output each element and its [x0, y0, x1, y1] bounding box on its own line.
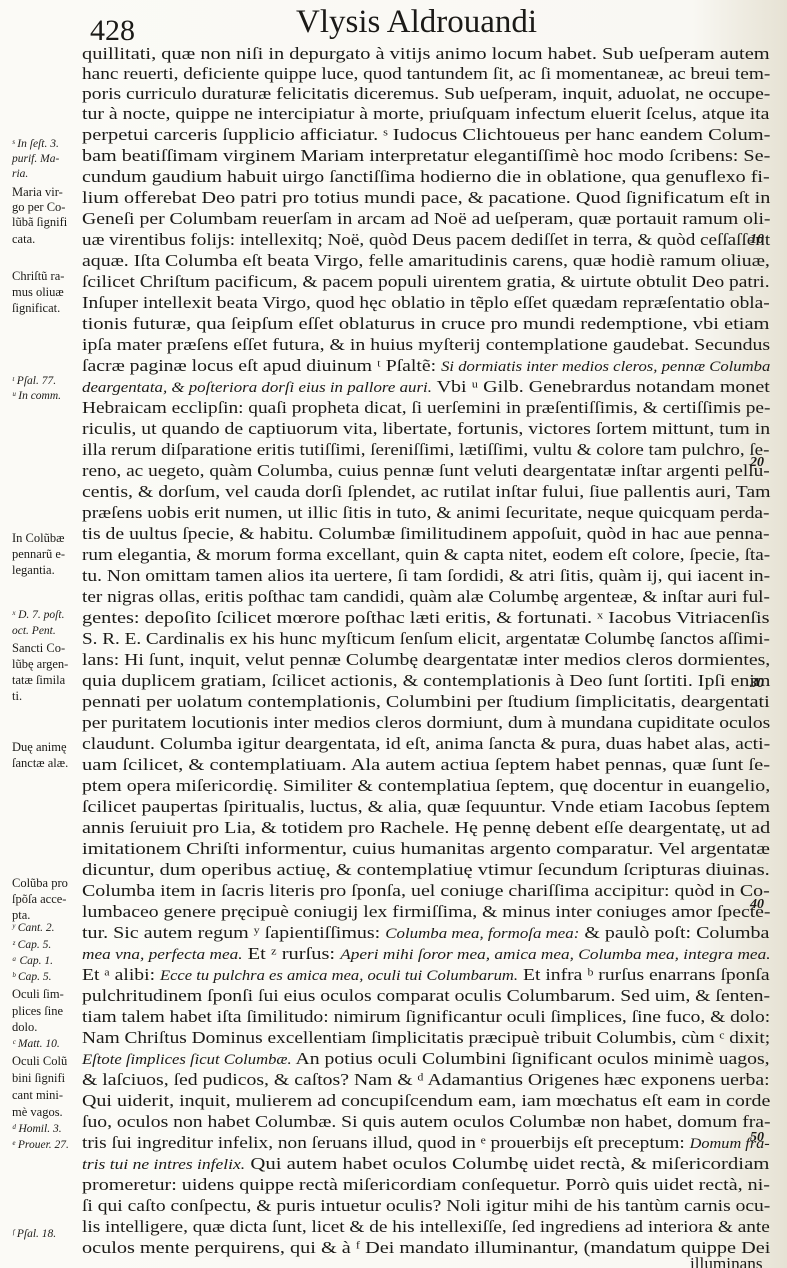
margin-note: pennarũ e-	[12, 547, 65, 562]
text-line: bam beatiſſimam virginem Mariam interpre…	[82, 146, 770, 166]
text-run: ipſa mater præſens eſſet futura, & in hu…	[82, 335, 770, 354]
text-run: centis, & dorſum, vel cauda dorſi ſplend…	[82, 482, 770, 501]
italic-quote: Eſtote ſimplices ſicut Columbæ.	[82, 1052, 292, 1068]
text-run: S. R. E. Cardinalis ex his hunc myſticum…	[82, 629, 770, 648]
text-run: reno, ac uegeto, quàm Columba, cuius pen…	[82, 461, 770, 480]
margin-note: ᵃ Cap. 1.	[12, 954, 53, 969]
text-run: uæ virentibus folijs: intellexitq; Noë, …	[82, 230, 770, 249]
text-line: tionis futuræ, qua ſeipſum eſſet oblatur…	[82, 314, 769, 334]
text-line: ſcilicet paupertas ſpiritualis, luctus, …	[82, 797, 770, 817]
italic-quote: Aperi mihi ſoror mea, amica mea, Columba…	[340, 947, 770, 963]
text-line: riculis, ut quando de captiuorum vita, l…	[82, 419, 770, 439]
text-run: lium offerebat Deo patri pro totius mund…	[82, 188, 770, 207]
italic-quote: deargentata, & poſteriora dorſi eius in …	[82, 380, 432, 396]
text-line: tis de uultus ſpecie, & habitu. Columbæ …	[82, 524, 770, 544]
text-line: tur. Sic autem regum ʸ ſapientiſſimus: C…	[82, 923, 769, 943]
margin-note: ᶜ Matt. 10.	[12, 1037, 60, 1052]
text-line: ptem opera miſericordię. Similiter & con…	[82, 776, 770, 796]
text-line: lium offerebat Deo patri pro totius mund…	[82, 188, 770, 208]
margin-note: go per Co-	[12, 200, 65, 215]
margin-note: bini ſignifi	[12, 1071, 65, 1086]
text-run: quillitati, quæ non niſi in depurgato à …	[82, 44, 770, 63]
text-run: cundum gaudium habuit uirgo ſanctiſſima …	[82, 167, 770, 186]
text-run: tionis futuræ, qua ſeipſum eſſet oblatur…	[82, 314, 769, 333]
text-run: claudunt. Columba igitur deargentata, id…	[82, 734, 770, 753]
text-run: Et infra ᵇ rurſus enarrans ſponſa	[518, 965, 770, 984]
text-run: Et ᵃ alibi:	[82, 965, 155, 984]
text-run: ter nigras ollas, eritis poſthac tam can…	[82, 587, 770, 606]
text-line: perpetui carceris ſupplicio afficiatur. …	[82, 125, 770, 145]
text-line: lis intelligere, quæ dicta ſunt, licet &…	[82, 1217, 770, 1237]
margin-note: ti.	[12, 689, 22, 704]
italic-quote: Ecce tu pulchra es amica mea, oculi tui …	[160, 968, 518, 984]
text-line: pennati per uolatum contemplationis, Col…	[82, 692, 770, 712]
running-title: Vlysis Aldrouandi	[296, 4, 537, 41]
text-line: & laſciuos, ſed pudicos, & caſtos? Nam &…	[82, 1070, 770, 1090]
margin-note: ʸ Cant. 2.	[12, 921, 55, 936]
text-line: tris tui ne intres infelix. Qui autem ha…	[82, 1154, 769, 1174]
text-line: imitationem Chriſti informentur, cuius h…	[82, 839, 770, 859]
text-run: tiam talem habet iſta ſimilitudo: nimiru…	[82, 1007, 770, 1026]
margin-note: Chriſtũ ra-	[12, 269, 64, 284]
text-line: gentes: depoſito ſcilicet mœrore poſthac…	[82, 608, 770, 628]
text-run: quia duplicem gratiam, ſcilicet actionis…	[82, 671, 770, 690]
text-line: ipſa mater præſens eſſet futura, & in hu…	[82, 335, 770, 355]
text-run: tis de uultus ſpecie, & habitu. Columbæ …	[82, 524, 770, 543]
text-line: Nam Chriſtus Dominus excellentiam ſimpli…	[82, 1028, 770, 1048]
text-line: ter nigras ollas, eritis poſthac tam can…	[82, 587, 770, 607]
text-line: rum elegantia, & morum forma excellant, …	[82, 545, 770, 565]
margin-note: ᵘ In comm.	[12, 389, 61, 404]
line-number: 10	[750, 232, 764, 248]
text-line: tu. Non omittam tamen alios ita uertere,…	[82, 566, 770, 586]
text-line: ſacræ paginæ locus eſt apud diuinum ᵗ Pſ…	[82, 356, 770, 376]
margin-note: ria.	[12, 167, 28, 182]
text-line: lumbaceo genere pręcipuè coniugij lex fi…	[82, 902, 770, 922]
margin-note: Duę animę	[12, 740, 67, 755]
page-number: 428	[90, 14, 135, 48]
text-run: ſi qui caſto conſpectu, & puris intuetur…	[82, 1196, 770, 1215]
text-run: lans: Hi ſunt, inquit, velut pennæ Colum…	[82, 650, 770, 669]
text-line: cundum gaudium habuit uirgo ſanctiſſima …	[82, 167, 770, 187]
italic-quote: mea vna, perfecta mea.	[82, 947, 243, 963]
page-header: 428 Vlysis Aldrouandi	[0, 4, 787, 44]
text-run: & paulò poſt: Columba	[579, 923, 769, 942]
text-line: annis ſeruiuit pro Lia, & totidem pro Ra…	[82, 818, 770, 838]
text-line: Geneſi per Columbam reuerſam in arcam ad…	[82, 209, 770, 229]
margin-note: dolo.	[12, 1020, 37, 1035]
text-run: imitationem Chriſti informentur, cuius h…	[82, 839, 770, 858]
text-line: tur à nocte, quippe ne intercipiatur à m…	[82, 104, 769, 124]
italic-quote: Columba mea, formoſa mea:	[385, 926, 579, 942]
book-page: 428 Vlysis Aldrouandi ˢ In ſeſt. 3.purif…	[0, 0, 787, 1268]
text-run: ſcilicet paupertas ſpiritualis, luctus, …	[82, 797, 770, 816]
italic-quote: Si dormiatis inter medios cleros, pennæ …	[441, 359, 770, 375]
text-run: lis intelligere, quæ dicta ſunt, licet &…	[82, 1217, 770, 1236]
text-line: præſens uobis erit numen, ut illic ſitis…	[82, 503, 770, 523]
margin-note: ˢ In ſeſt. 3.	[12, 137, 59, 152]
margin-note: ᵇ Cap. 5.	[12, 970, 52, 985]
margin-note: Sancti Co-	[12, 641, 65, 656]
text-line: aquæ. Iſta Columba eſt beata Virgo, fell…	[82, 251, 770, 271]
text-run: gentes: depoſito ſcilicet mœrore poſthac…	[82, 608, 770, 627]
text-run: riculis, ut quando de captiuorum vita, l…	[82, 419, 770, 438]
margin-note: ſignificat.	[12, 301, 60, 316]
text-line: claudunt. Columba igitur deargentata, id…	[82, 734, 770, 754]
text-line: Et ᵃ alibi: Ecce tu pulchra es amica mea…	[82, 965, 770, 985]
margin-note: Oculi ſim-	[12, 987, 64, 1002]
text-run: promeretur: uidens quippe rectà miſerico…	[82, 1175, 770, 1194]
text-line: uam ſcilicet, & contemplatiuam. Ala aute…	[82, 755, 770, 775]
margin-note: Maria vir-	[12, 185, 63, 200]
text-line: per puritatem locutionis inter medios cl…	[82, 713, 770, 733]
text-line: Hebraicam ecclipſin: quaſi propheta dica…	[82, 398, 770, 418]
text-line: tiam talem habet iſta ſimilitudo: nimiru…	[82, 1007, 770, 1027]
text-run: uam ſcilicet, & contemplatiuam. Ala aute…	[82, 755, 770, 774]
text-run: illa rerum diſparatione eritis tutiſſimi…	[82, 440, 769, 459]
text-line: Eſtote ſimplices ſicut Columbæ. An potiu…	[82, 1049, 770, 1069]
text-line: hanc reuerti, deficiente quippe luce, qu…	[82, 64, 770, 84]
text-line: ſi qui caſto conſpectu, & puris intuetur…	[82, 1196, 770, 1216]
text-run: lumbaceo genere pręcipuè coniugij lex fi…	[82, 902, 770, 921]
text-run: aquæ. Iſta Columba eſt beata Virgo, fell…	[82, 251, 770, 270]
text-run: tris ſui ingreditur infelix, non ſeruans…	[82, 1133, 685, 1152]
text-run: tur. Sic autem regum ʸ ſapientiſſimus:	[82, 923, 380, 942]
text-run: per puritatem locutionis inter medios cl…	[82, 713, 770, 732]
text-run: præſens uobis erit numen, ut illic ſitis…	[82, 503, 770, 522]
text-run: ſacræ paginæ locus eſt apud diuinum ᵗ Pſ…	[82, 356, 436, 375]
text-line: Qui uiderit, inquit, mulierem ad concupi…	[82, 1091, 770, 1111]
text-run: perpetui carceris ſupplicio afficiatur. …	[82, 125, 770, 144]
margin-note: cant mini-	[12, 1088, 63, 1103]
margin-note: ᶠ Pſal. 18.	[12, 1227, 56, 1242]
margin-note: ᵉ Prouer. 27.	[12, 1138, 69, 1153]
text-line: quillitati, quæ non niſi in depurgato à …	[82, 44, 770, 64]
margin-note: ſanctæ alæ.	[12, 756, 68, 771]
text-line: S. R. E. Cardinalis ex his hunc myſticum…	[82, 629, 770, 649]
text-run: Geneſi per Columbam reuerſam in arcam ad…	[82, 209, 770, 228]
text-run: tu. Non omittam tamen alios ita uertere,…	[82, 566, 770, 585]
text-line: Inſuper intellexit beata Virgo, quod hęc…	[82, 293, 770, 313]
line-number: 40	[750, 897, 764, 913]
margin-note: ᵈ Homil. 3.	[12, 1122, 62, 1137]
text-line: ſcilicet Chriſtum pacificum, & pacem pop…	[82, 272, 770, 292]
text-run: Qui autem habet oculos Columbę uidet rec…	[245, 1154, 769, 1173]
text-line: poris curriculo duraturæ felicitatis dic…	[82, 84, 770, 104]
margin-note: Oculi Colũ	[12, 1054, 67, 1069]
text-run: bam beatiſſimam virginem Mariam interpre…	[82, 146, 770, 165]
text-run: Columba item in ſacris literis pro ſponſ…	[82, 881, 770, 900]
text-line: uæ virentibus folijs: intellexitq; Noë, …	[82, 230, 770, 250]
margin-note: lũbę argen-	[12, 657, 68, 672]
margin-note: cata.	[12, 232, 35, 247]
text-run: oculos mente perquirens, qui & à ᶠ Dei m…	[82, 1238, 770, 1257]
text-line: promeretur: uidens quippe rectà miſerico…	[82, 1175, 770, 1195]
margin-note: In Colũbæ	[12, 531, 64, 546]
margin-note: ᵗ Pſal. 77.	[12, 374, 56, 389]
text-run: rum elegantia, & morum forma excellant, …	[82, 545, 770, 564]
text-run: dicuntur, dum operibus actiuę, & contemp…	[82, 860, 770, 879]
text-run: & laſciuos, ſed pudicos, & caſtos? Nam &…	[82, 1070, 770, 1089]
text-line: oculos mente perquirens, qui & à ᶠ Dei m…	[82, 1238, 770, 1258]
text-run: An potius oculi Columbini ſignificant oc…	[292, 1049, 770, 1068]
text-run: annis ſeruiuit pro Lia, & totidem pro Ra…	[82, 818, 770, 837]
line-number: 50	[750, 1130, 764, 1146]
text-line: lans: Hi ſunt, inquit, velut pennæ Colum…	[82, 650, 770, 670]
text-line: mea vna, perfecta mea. Et ᶻ rurſus: Aper…	[82, 944, 771, 964]
text-run: poris curriculo duraturæ felicitatis dic…	[82, 84, 770, 103]
text-line: Columba item in ſacris literis pro ſponſ…	[82, 881, 770, 901]
text-run: ſuo, oculos non habet Columbæ. Si quis a…	[82, 1112, 771, 1131]
margin-note: tatæ ſimila	[12, 673, 65, 688]
margin-note: ᶻ Cap. 5.	[12, 938, 51, 953]
margin-note: Colũba pro	[12, 876, 68, 891]
text-line: dicuntur, dum operibus actiuę, & contemp…	[82, 860, 770, 880]
text-run: Vbi ᵘ Gilb. Genebrardus notandam monet	[432, 377, 770, 396]
margin-note: plices ſine	[12, 1004, 63, 1019]
italic-quote: tris tui ne intres infelix.	[82, 1157, 245, 1173]
text-line: ſuo, oculos non habet Columbæ. Si quis a…	[82, 1112, 771, 1132]
margin-note: mus oliuæ	[12, 285, 64, 300]
text-line: quia duplicem gratiam, ſcilicet actionis…	[82, 671, 770, 691]
text-run: Qui uiderit, inquit, mulierem ad concupi…	[82, 1091, 770, 1110]
text-line: pulchritudinem ſponſi ſui eius oculos co…	[82, 986, 770, 1006]
text-line: centis, & dorſum, vel cauda dorſi ſplend…	[82, 482, 770, 502]
catchword: illuminans	[690, 1254, 763, 1268]
text-line: tris ſui ingreditur infelix, non ſeruans…	[82, 1133, 770, 1153]
margin-note: lũbã ſignifi	[12, 215, 67, 230]
margin-note: legantia.	[12, 563, 55, 578]
margin-note: ſpõſa acce-	[12, 892, 66, 907]
text-run: tur à nocte, quippe ne intercipiatur à m…	[82, 104, 769, 123]
text-line: illa rerum diſparatione eritis tutiſſimi…	[82, 440, 769, 460]
margin-note: ˣ D. 7. poſt.	[12, 608, 64, 623]
text-run: pennati per uolatum contemplationis, Col…	[82, 692, 770, 711]
text-line: reno, ac uegeto, quàm Columba, cuius pen…	[82, 461, 770, 481]
text-run: ſcilicet Chriſtum pacificum, & pacem pop…	[82, 272, 770, 291]
line-number: 30	[750, 676, 764, 692]
text-run: Et ᶻ rurſus:	[243, 944, 336, 963]
margin-note: oct. Pent.	[12, 624, 56, 639]
text-line: deargentata, & poſteriora dorſi eius in …	[82, 377, 770, 397]
margin-note: mè vagos.	[12, 1105, 63, 1120]
text-run: Nam Chriſtus Dominus excellentiam ſimpli…	[82, 1028, 770, 1047]
text-run: Inſuper intellexit beata Virgo, quod hęc…	[82, 293, 770, 312]
text-run: ptem opera miſericordię. Similiter & con…	[82, 776, 770, 795]
line-number: 20	[750, 455, 764, 471]
margin-note: purif. Ma-	[12, 152, 59, 167]
text-run: pulchritudinem ſponſi ſui eius oculos co…	[82, 986, 770, 1005]
text-run: hanc reuerti, deficiente quippe luce, qu…	[82, 64, 770, 83]
text-run: Hebraicam ecclipſin: quaſi propheta dica…	[82, 398, 770, 417]
